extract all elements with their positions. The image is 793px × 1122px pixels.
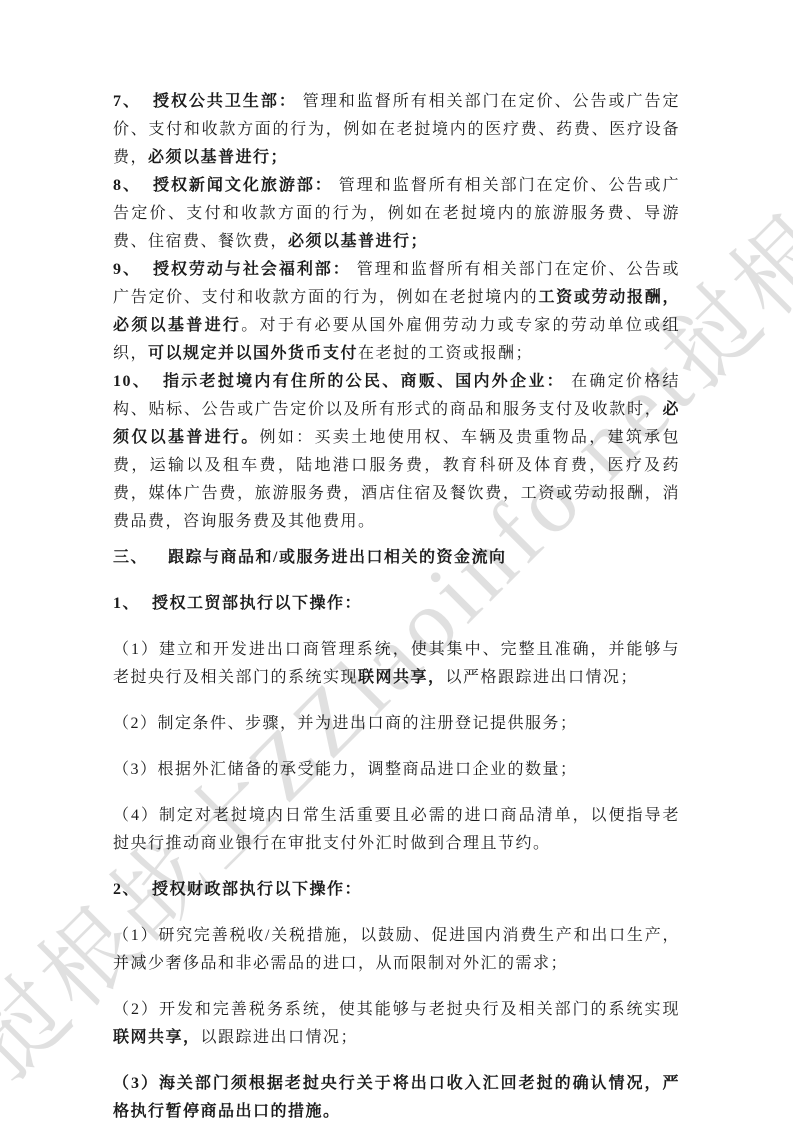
text-segment: （2）开发和完善税务系统，使其能够与老挝央行及相关部门的系统实现 [113, 1001, 680, 1018]
sub-item-2-2: （2）开发和完善税务系统，使其能够与老挝央行及相关部门的系统实现联网共享，以跟踪… [113, 996, 680, 1052]
sub-heading-2: 2、授权财政部执行以下操作： [113, 876, 680, 904]
document-page: 挝根战士ZZlaoinfo.net挝根 7、授权公共卫生部： 管理和监督所有相关… [0, 0, 793, 1122]
text-segment: 授权新闻文化旅游部： [153, 177, 333, 194]
list-number: 9、 [113, 261, 141, 278]
text-segment: 以严格跟踪进出口情况； [446, 669, 639, 686]
text-segment: （3）根据外汇储备的承受能力，调整商品进口企业的数量； [113, 761, 578, 778]
sub-item-1-4: （4）制定对老挝境内日常生活重要且必需的进口商品清单，以便指导老挝央行推动商业银… [113, 802, 680, 858]
text-segment: 指示老挝境内有住所的公民、商贩、国内外企业： [163, 373, 565, 390]
document-body: 7、授权公共卫生部： 管理和监督所有相关部门在定价、公告或广告定价、支付和收款方… [113, 88, 680, 1122]
text-segment: 授权公共卫生部： [153, 93, 297, 110]
text-segment: （4）制定对老挝境内日常生活重要且必需的进口商品清单，以便指导老挝央行推动商业银… [113, 807, 680, 852]
list-number: 1、 [113, 595, 140, 612]
list-number: 10、 [113, 373, 151, 390]
sub-item-1-2: （2）制定条件、步骤，并为进出口商的注册登记提供服务； [113, 710, 680, 738]
text-segment: （3）海关部门须根据老挝央行关于将出口收入汇回老挝的确认情况，严格执行暂停商品出… [113, 1075, 680, 1120]
list-number: 2、 [113, 881, 140, 898]
sub-item-1-3: （3）根据外汇储备的承受能力，调整商品进口企业的数量； [113, 756, 680, 784]
text-segment: 联网共享， [113, 1029, 201, 1046]
text-segment: 可以规定并以国外货币支付 [148, 345, 358, 362]
list-number: 7、 [113, 93, 141, 110]
text-segment: （2）制定条件、步骤，并为进出口商的注册登记提供服务； [113, 715, 578, 732]
text-segment: 授权劳动与社会福利部： [153, 261, 351, 278]
list-number: 三、 [113, 549, 148, 566]
sub-heading-1: 1、授权工贸部执行以下操作： [113, 590, 680, 618]
text-segment: 授权工贸部执行以下操作： [152, 595, 362, 612]
sub-item-2-3: （3）海关部门须根据老挝央行关于将出口收入汇回老挝的确认情况，严格执行暂停商品出… [113, 1070, 680, 1122]
list-item-9: 9、授权劳动与社会福利部： 管理和监督所有相关部门在定价、公告或广告定价、支付和… [113, 256, 680, 368]
text-segment: 以跟踪进出口情况； [201, 1029, 359, 1046]
list-item-8: 8、授权新闻文化旅游部： 管理和监督所有相关部门在定价、公告或广告定价、支付和收… [113, 172, 680, 256]
section-heading-3: 三、跟踪与商品和/或服务进出口相关的资金流向 [113, 544, 680, 572]
text-segment: 跟踪与商品和/或服务进出口相关的资金流向 [168, 549, 506, 566]
text-segment: 授权财政部执行以下操作： [152, 881, 362, 898]
sub-item-1-1: （1）建立和开发进出口商管理系统，使其集中、完整且准确，并能够与老挝央行及相关部… [113, 636, 680, 692]
list-number: 8、 [113, 177, 141, 194]
sub-item-2-1: （1）研究完善税收/关税措施，以鼓励、促进国内消费生产和出口生产，并减少奢侈品和… [113, 922, 680, 978]
text-segment: 在老挝的工资或报酬； [358, 345, 533, 362]
list-item-7: 7、授权公共卫生部： 管理和监督所有相关部门在定价、公告或广告定价、支付和收款方… [113, 88, 680, 172]
list-item-10: 10、指示老挝境内有住所的公民、商贩、国内外企业： 在确定价格结构、贴标、公告或… [113, 368, 680, 536]
text-segment: （1）研究完善税收/关税措施，以鼓励、促进国内消费生产和出口生产，并减少奢侈品和… [113, 927, 680, 972]
text-segment: 必须以基普进行； [148, 149, 288, 166]
text-segment: 必须以基普进行； [288, 233, 428, 250]
text-segment: 联网共享， [358, 669, 446, 686]
